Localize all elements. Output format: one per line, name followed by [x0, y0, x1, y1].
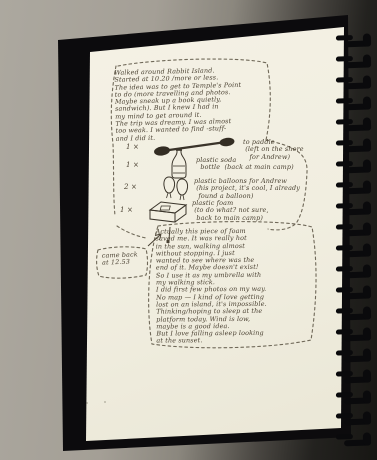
spiral-coil: [336, 96, 371, 110]
pencil-speck: [86, 402, 88, 404]
spiral-coil: [336, 138, 371, 152]
item-quantity: 1 ×: [120, 207, 133, 214]
spiral-coil: [336, 285, 371, 299]
spiral-coil: [336, 117, 371, 131]
list-to-reflection-dashes: [117, 226, 146, 238]
item-quantity: 2 ×: [124, 184, 137, 191]
spiral-coil: [336, 369, 371, 383]
spiral-coil: [336, 264, 371, 278]
spiral-coil: [336, 159, 371, 173]
page-content: Walked around Rabbit Island. Started at …: [0, 0, 377, 460]
item-quantity: 1 ×: [126, 144, 139, 151]
spiral-coil: [336, 411, 371, 425]
spiral-coil: [336, 306, 371, 320]
spiral-coil: [336, 33, 371, 47]
paddle-sketch: [152, 136, 238, 158]
item-note: plastic soda bottle (back at main camp): [196, 157, 294, 172]
spiral-coil: [336, 222, 371, 236]
spiral-coil: [336, 348, 371, 362]
side-note: came back at 12.53: [102, 251, 138, 267]
spiral-coil: [336, 75, 371, 89]
notebook-photo: Walked around Rabbit Island. Started at …: [0, 0, 377, 460]
spiral-coil: [336, 54, 371, 68]
intro-paragraph: Walked around Rabbit Island. Started at …: [114, 66, 268, 142]
balloons-sketch: [161, 175, 191, 202]
item-note: plastic balloons for Andrew (his project…: [194, 178, 300, 200]
spiral-coil: [336, 390, 371, 404]
spiral-coil: [336, 432, 371, 446]
spiral-coil: [336, 180, 371, 194]
reflection-paragraph: Actually this piece of foam saved me. It…: [156, 227, 317, 345]
pencil-speck: [104, 401, 106, 403]
spiral-coil: [336, 201, 371, 215]
foam-sketch: [146, 199, 190, 227]
item-note: plastic foam (to do what? not sure, back…: [192, 200, 269, 222]
item-quantity: 1 ×: [126, 162, 139, 169]
spiral-coil: [336, 243, 371, 257]
spiral-coil: [336, 327, 371, 341]
